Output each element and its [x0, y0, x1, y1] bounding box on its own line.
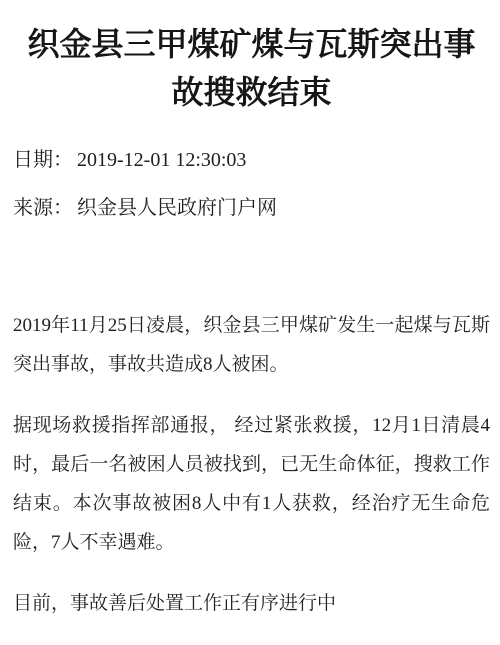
meta-date-row: 日期：2019-12-01 12:30:03 — [13, 136, 490, 184]
date-label: 日期： — [13, 149, 73, 171]
article-meta: 日期：2019-12-01 12:30:03 来源：织金县人民政府门户网 — [13, 136, 490, 232]
date-value: 2019-12-01 12:30:03 — [77, 149, 246, 171]
source-label: 来源： — [13, 197, 73, 219]
meta-source-row: 来源：织金县人民政府门户网 — [13, 184, 490, 232]
paragraph-accident-summary: 2019年11月25日凌晨，织金县三甲煤矿发生一起煤与瓦斯突出事故，事故共造成8… — [13, 306, 490, 384]
article-title: 织金县三甲煤矿煤与瓦斯突出事故搜救结束 — [25, 20, 479, 116]
paragraph-rescue-report: 据现场救援指挥部通报， 经过紧张救援，12月1日清晨4时，最后一名被困人员被找到… — [13, 406, 490, 562]
paragraph-aftermath-status: 目前，事故善后处置工作正有序进行中 — [13, 584, 490, 623]
source-value: 织金县人民政府门户网 — [77, 197, 277, 219]
article-body: 2019年11月25日凌晨，织金县三甲煤矿发生一起煤与瓦斯突出事故，事故共造成8… — [13, 306, 490, 623]
article-page: 织金县三甲煤矿煤与瓦斯突出事故搜救结束 日期：2019-12-01 12:30:… — [0, 0, 500, 645]
